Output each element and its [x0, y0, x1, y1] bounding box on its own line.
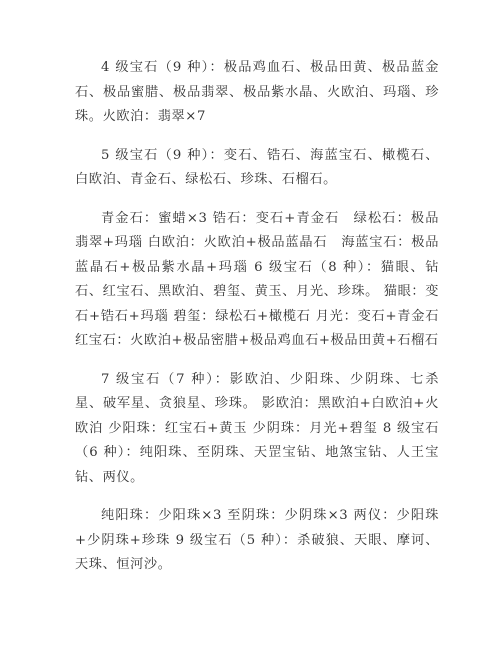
- document-page: 4 级宝石（9 种）：极品鸡血石、极品田黄、极品蓝金石、极品蜜腊、极品翡翠、极品…: [75, 56, 439, 592]
- paragraph-level-4: 4 级宝石（9 种）：极品鸡血石、极品田黄、极品蓝金石、极品蜜腊、极品翡翠、极品…: [75, 56, 439, 130]
- paragraph-level-5-6-recipes: 青金石：蜜蜡×3 锆石：变石+青金石 绿松石：极品翡翠+玛瑙 白欧泊：火欧泊+极…: [75, 207, 439, 354]
- paragraph-level-8-9: 纯阳珠：少阳珠×3 至阴珠：少阴珠×3 两仪：少阳珠+少阴珠+珍珠 9 级宝石（…: [75, 504, 439, 578]
- paragraph-level-5: 5 级宝石（9 种）：变石、锆石、海蓝宝石、橄榄石、白欧泊、青金石、绿松石、珍珠…: [75, 144, 439, 193]
- paragraph-level-7-8: 7 级宝石（7 种）：影欧泊、少阳珠、少阴珠、七杀星、破军星、贪狼星、珍珠。 影…: [75, 368, 439, 491]
